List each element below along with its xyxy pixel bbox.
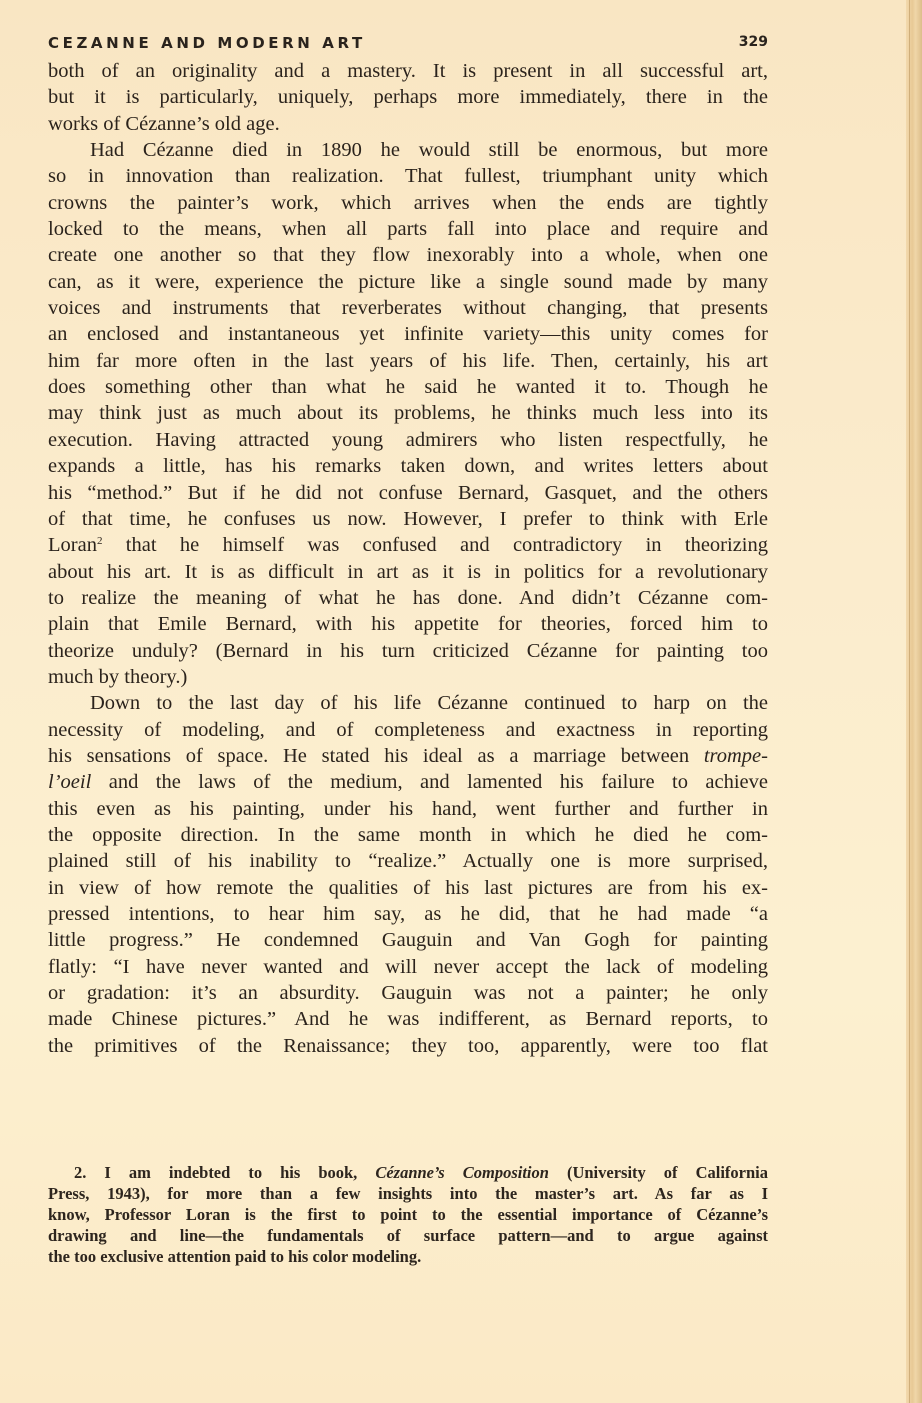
text-line: Down to the last day of his life Cézanne…: [48, 690, 768, 716]
italic-term: l’oeil: [48, 771, 91, 793]
text-line: of that time, he confuses us now. Howeve…: [48, 506, 768, 532]
text-line: little progress.” He condemned Gauguin a…: [48, 927, 768, 953]
footnote-line: know, Professor Loran is the first to po…: [48, 1204, 768, 1225]
running-head: CEZANNE AND MODERN ART: [48, 34, 366, 52]
text-line: execution. Having attracted young admire…: [48, 427, 768, 453]
footnote-line: drawing and line—the fundamentals of sur…: [48, 1225, 768, 1246]
text-line: theorize unduly? (Bernard in his turn cr…: [48, 638, 768, 664]
text-line: locked to the means, when all parts fall…: [48, 216, 768, 242]
text-line: necessity of modeling, and of completene…: [48, 717, 768, 743]
page-edge-line: [909, 0, 910, 1403]
footnote-number: 2. I am indebted to his book,: [74, 1163, 375, 1182]
text-fragment: that he himself was confused and contrad…: [102, 534, 768, 556]
text-line: plained still of his inability to “reali…: [48, 848, 768, 874]
text-line: about his art. It is as difficult in art…: [48, 559, 768, 585]
text-line: in view of how remote the qualities of h…: [48, 875, 768, 901]
text-line-with-footnote-ref: Loran2 that he himself was confused and …: [48, 532, 768, 558]
text-line: but it is particularly, uniquely, perhap…: [48, 84, 768, 110]
text-line: or gradation: it’s an absurdity. Gauguin…: [48, 980, 768, 1006]
text-fragment: and the laws of the medium, and lamented…: [91, 771, 768, 793]
page-number: 329: [739, 34, 768, 50]
text-line: can, as it were, experience the picture …: [48, 269, 768, 295]
text-line: may think just as much about its problem…: [48, 400, 768, 426]
text-line: create one another so that they flow ine…: [48, 242, 768, 268]
text-line: pressed intentions, to hear him say, as …: [48, 901, 768, 927]
text-line: works of Cézanne’s old age.: [48, 111, 768, 137]
footnote-line: Press, 1943), for more than a few insigh…: [48, 1183, 768, 1204]
text-line: Had Cézanne died in 1890 he would still …: [48, 137, 768, 163]
text-line: does something other than what he said h…: [48, 374, 768, 400]
text-line: crowns the painter’s work, which arrives…: [48, 190, 768, 216]
footnote-line: 2. I am indebted to his book, Cézanne’s …: [48, 1162, 768, 1183]
text-line: an enclosed and instantaneous yet infini…: [48, 321, 768, 347]
text-line-with-italic: l’oeil and the laws of the medium, and l…: [48, 769, 768, 795]
text-line: both of an originality and a mastery. It…: [48, 58, 768, 84]
page-header: CEZANNE AND MODERN ART 329: [48, 34, 768, 56]
text-line: the opposite direction. In the same mont…: [48, 822, 768, 848]
text-line: plain that Emile Bernard, with his appet…: [48, 611, 768, 637]
text-line: to realize the meaning of what he has do…: [48, 585, 768, 611]
text-fragment: (University of California: [549, 1163, 768, 1182]
footnote-line: the too exclusive attention paid to his …: [48, 1246, 768, 1267]
footnote: 2. I am indebted to his book, Cézanne’s …: [48, 1162, 768, 1267]
text-fragment: his sensations of space. He stated his i…: [48, 745, 704, 767]
text-line: the primitives of the Renaissance; they …: [48, 1033, 768, 1059]
italic-term: trompe-: [704, 745, 768, 767]
text-line: voices and instruments that reverberates…: [48, 295, 768, 321]
text-line: his “method.” But if he did not confuse …: [48, 480, 768, 506]
text-fragment: Loran: [48, 534, 97, 556]
book-title: Cézanne’s Composition: [375, 1163, 549, 1182]
text-line: this even as his painting, under his han…: [48, 796, 768, 822]
text-line: flatly: “I have never wanted and will ne…: [48, 954, 768, 980]
paper-speck: [455, 732, 458, 735]
text-line: made Chinese pictures.” And he was indif…: [48, 1006, 768, 1032]
body-text: both of an originality and a mastery. It…: [48, 58, 768, 1059]
text-line: much by theory.): [48, 664, 768, 690]
text-line-with-italic: his sensations of space. He stated his i…: [48, 743, 768, 769]
text-line: so in innovation than realization. That …: [48, 163, 768, 189]
text-line: expands a little, has his remarks taken …: [48, 453, 768, 479]
text-line: him far more often in the last years of …: [48, 348, 768, 374]
